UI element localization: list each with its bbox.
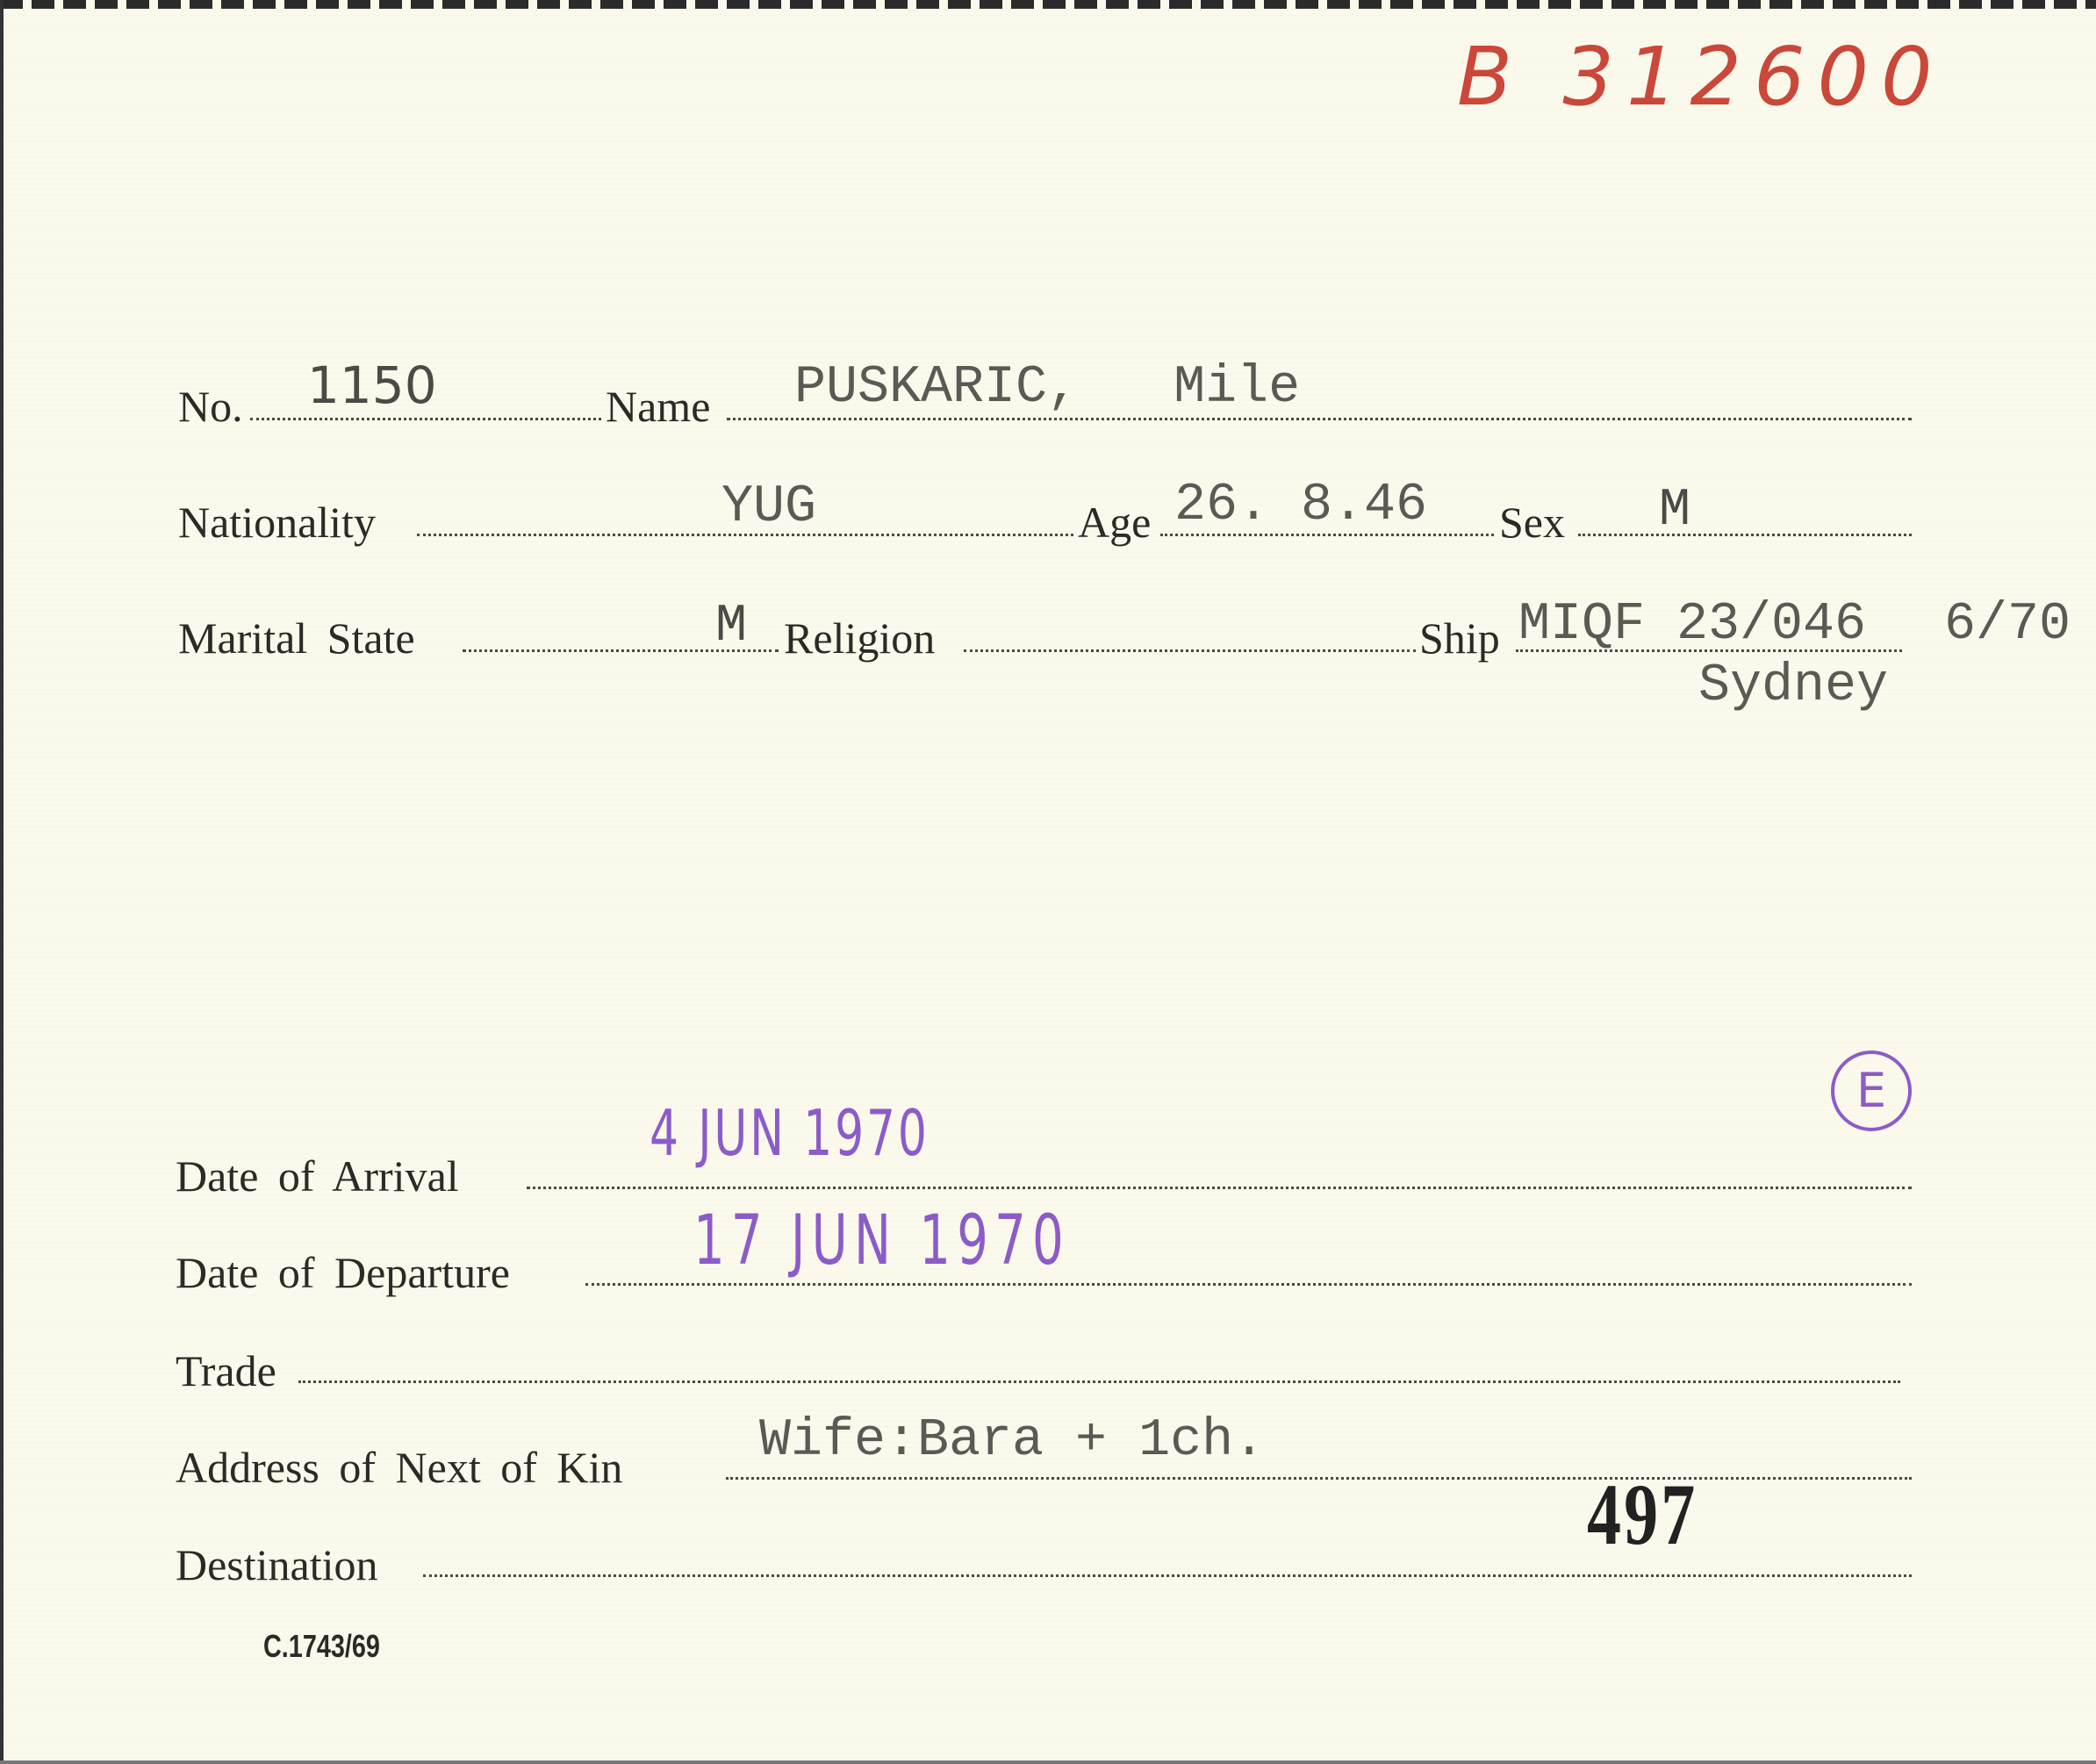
- destination-line: [423, 1574, 1912, 1577]
- sex-label: Sex: [1499, 500, 1565, 544]
- no-label: No.: [178, 384, 243, 428]
- ship-label: Ship: [1419, 616, 1500, 660]
- form-code: C.1743/69: [263, 1631, 380, 1662]
- sex-line: [1578, 534, 1912, 536]
- card-bottom-edge: [0, 1760, 2096, 1764]
- date-of-arrival-line: [527, 1187, 1912, 1189]
- name-label: Name: [606, 384, 710, 428]
- ship-value: MIQF 23/046: [1518, 599, 1866, 651]
- name-value: PUSKARIC, Mile: [794, 362, 1300, 414]
- reference-number: B 312600: [1457, 37, 1945, 118]
- date-of-departure-label: Date of Departure: [176, 1251, 510, 1294]
- filing-number: 497: [1587, 1471, 1698, 1559]
- date-of-arrival-label: Date of Arrival: [176, 1154, 459, 1198]
- nationality-value: YUG: [721, 481, 816, 534]
- name-line: [727, 418, 1912, 420]
- ship-port: Sydney: [1698, 660, 1888, 713]
- no-line: [250, 418, 601, 420]
- next-of-kin-label: Address of Next of Kin: [176, 1445, 622, 1489]
- next-of-kin-value: Wife:Bara + 1ch.: [759, 1415, 1265, 1467]
- destination-label: Destination: [176, 1543, 378, 1587]
- nationality-label: Nationality: [178, 500, 376, 544]
- ship-date: 6/70: [1944, 599, 2071, 651]
- index-card: B 312600 No. 1150 Name PUSKARIC, Mile Na…: [0, 0, 2096, 1764]
- marital-state-value: M: [715, 600, 747, 653]
- perforated-top-edge: [0, 0, 2096, 9]
- religion-line: [964, 649, 1416, 652]
- sex-value: M: [1659, 484, 1690, 537]
- date-of-departure-line: [585, 1283, 1912, 1286]
- age-label: Age: [1078, 500, 1151, 544]
- date-of-arrival-stamp: 4 JUN 1970: [650, 1101, 930, 1165]
- no-value: 1150: [307, 360, 437, 411]
- date-of-departure-stamp: 17 JUN 1970: [693, 1207, 1070, 1275]
- next-of-kin-line: [726, 1477, 1912, 1480]
- religion-label: Religion: [784, 616, 935, 660]
- trade-line: [298, 1380, 1900, 1383]
- marital-state-label: Marital State: [178, 616, 415, 660]
- card-left-edge: [0, 0, 4, 1764]
- age-value: 26. 8.46: [1174, 479, 1427, 532]
- circled-e-mark: E: [1831, 1051, 1912, 1131]
- trade-label: Trade: [176, 1349, 276, 1393]
